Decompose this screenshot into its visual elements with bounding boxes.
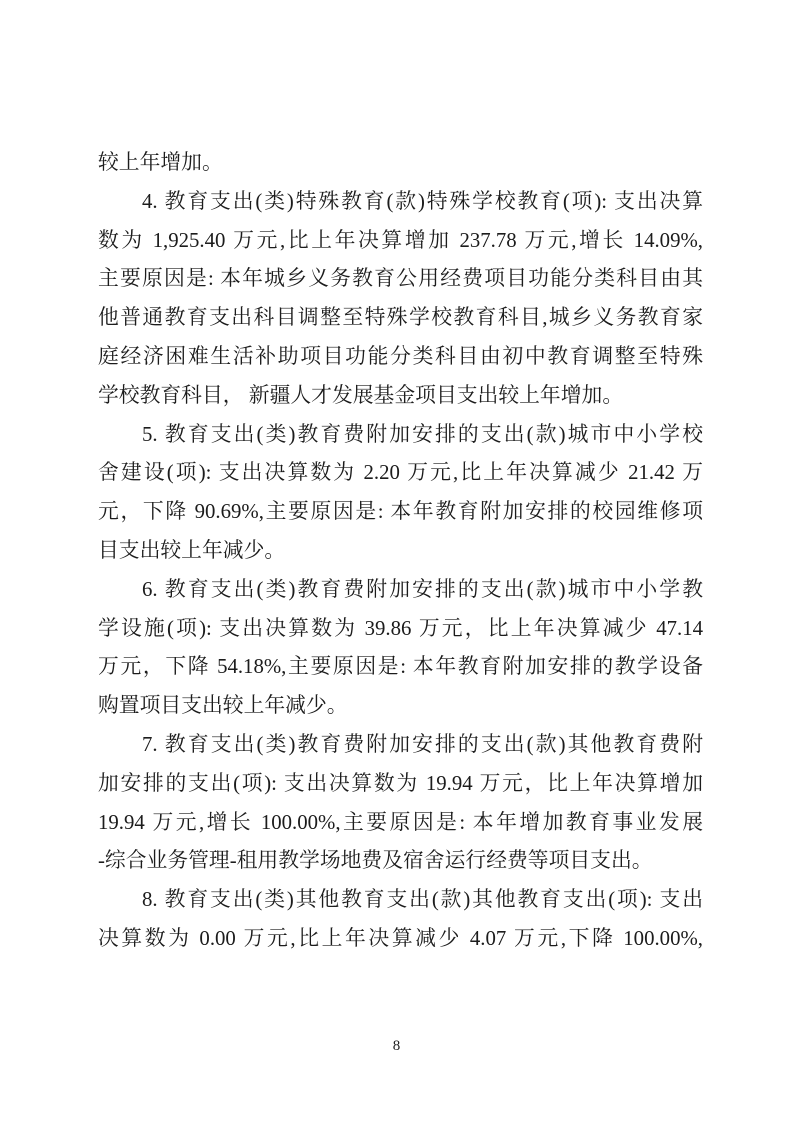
text-line: -综合业务管理-租用教学场地费及宿舍运行经费等项目支出。 xyxy=(98,842,703,881)
text-line: 元，下降 90.69%,主要原因是: 本年教育附加安排的校园维修项 xyxy=(98,493,703,532)
text-line: 19.94 万元,增长 100.00%,主要原因是: 本年增加教育事业发展 xyxy=(98,804,703,843)
text-line: 舍建设(项): 支出决算数为 2.20 万元,比上年决算减少 21.42 万 xyxy=(98,454,703,493)
text-line: 学校教育科目， 新疆人才发展基金项目支出较上年增加。 xyxy=(98,377,703,416)
text-line: 学设施(项): 支出决算数为 39.86 万元，比上年决算减少 47.14 xyxy=(98,610,703,649)
text-line: 他普通教育支出科目调整至特殊学校教育科目,城乡义务教育家 xyxy=(98,299,703,338)
text-line: 5. 教育支出(类)教育费附加安排的支出(款)城市中小学校 xyxy=(98,416,703,455)
text-line: 4. 教育支出(类)特殊教育(款)特殊学校教育(项): 支出决算 xyxy=(98,183,703,222)
text-line: 6. 教育支出(类)教育费附加安排的支出(款)城市中小学教 xyxy=(98,571,703,610)
text-line: 7. 教育支出(类)教育费附加安排的支出(款)其他教育费附 xyxy=(98,726,703,765)
text-line: 主要原因是: 本年城乡义务教育公用经费项目功能分类科目由其 xyxy=(98,260,703,299)
text-line: 庭经济困难生活补助项目功能分类科目由初中教育调整至特殊 xyxy=(98,338,703,377)
text-line: 加安排的支出(项): 支出决算数为 19.94 万元，比上年决算增加 xyxy=(98,765,703,804)
text-line: 万元，下降 54.18%,主要原因是: 本年教育附加安排的教学设备 xyxy=(98,648,703,687)
body-text-block: 较上年增加。4. 教育支出(类)特殊教育(款)特殊学校教育(项): 支出决算数为… xyxy=(98,144,703,959)
document-page: 较上年增加。4. 教育支出(类)特殊教育(款)特殊学校教育(项): 支出决算数为… xyxy=(0,0,793,1122)
text-line: 目支出较上年减少。 xyxy=(98,532,703,571)
text-line: 8. 教育支出(类)其他教育支出(款)其他教育支出(项): 支出 xyxy=(98,881,703,920)
text-line: 决算数为 0.00 万元,比上年决算减少 4.07 万元,下降 100.00%, xyxy=(98,920,703,959)
text-line: 较上年增加。 xyxy=(98,144,703,183)
text-line: 购置项目支出较上年减少。 xyxy=(98,687,703,726)
page-number: 8 xyxy=(0,1036,793,1056)
text-line: 数为 1,925.40 万元,比上年决算增加 237.78 万元,增长 14.0… xyxy=(98,222,703,261)
